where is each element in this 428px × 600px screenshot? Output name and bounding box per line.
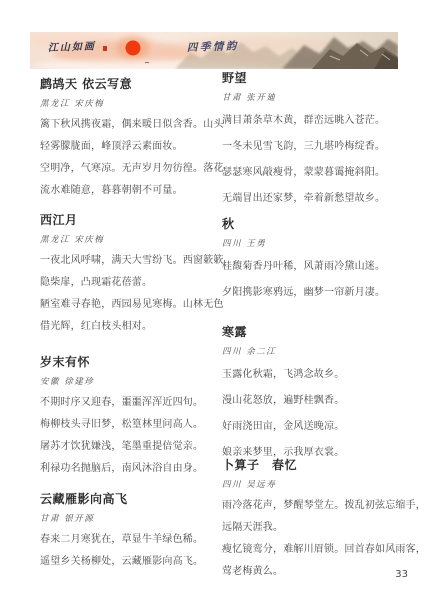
poem-title: 寒露 <box>222 325 404 339</box>
poem-line: 篱下秋风携夜霜，偶来暖日似含香。山头 <box>40 114 222 136</box>
poem-author: 四川 余二江 <box>222 345 404 357</box>
poem-suimo-youhuai: 岁末有怀 安徽 徐建珍 不期时序又迎春，噩噩浑浑近四旬。 梅柳枝头寻旧梦，松篁林… <box>40 355 222 480</box>
poem-qiu: 秋 四川 王勇 桂馥菊香丹叶稀，风萧雨冷黛山迷。 夕阳携影寒鸦远，幽梦一帘新月凄… <box>222 217 404 306</box>
poem-line: 玉露化秋霜，飞鸿念故乡。 <box>222 362 404 388</box>
poem-xijiangyue: 西江月 黑龙江 宋庆梅 一夜北风呼啸，满天大雪纷飞。西窗簌簌 隐柴扉，凸现霜花蓓… <box>40 213 222 338</box>
calligraphy-center: 四季情韵 <box>187 39 239 54</box>
poem-line: 雨冷落花声，梦醒琴堂左。拨乱初弦忘缩手， <box>222 495 404 517</box>
poem-line: 瑟瑟寒风敲瘦骨，蒙蒙暮霭掩斜阳。 <box>222 160 404 186</box>
poem-line: 莺老梅黄么。 <box>222 561 404 583</box>
poem-line: 无端冒出还家梦，牵着新愁望故乡。 <box>222 186 404 212</box>
poem-line: 不期时序又迎春，噩噩浑浑近四旬。 <box>40 392 222 414</box>
poem-line: 满目萧条草木黄，群峦远眺入苍茫。 <box>222 108 404 134</box>
poem-line: 陋室难寻春艳，西园易见寒梅。山林无色 <box>40 294 222 316</box>
landscape-painting: 江山如画 四季情韵 <box>30 32 398 69</box>
poem-title: 岁末有怀 <box>40 355 222 369</box>
poem-body: 满目萧条草木黄，群峦远眺入苍茫。 一冬未见雪飞韵，三九堪吟梅绽香。 瑟瑟寒风敲瘦… <box>222 108 404 212</box>
poem-zhegutian: 鹧鸪天 依云写意 黑龙江 宋庆梅 篱下秋风携夜霜，偶来暖日似含香。山头 轻雾朦胧… <box>40 77 222 202</box>
poem-line: 屠苏才饮犹嫌浅，笔墨重提倍觉亲。 <box>40 436 222 458</box>
header-painting-banner: 江山如画 四季情韵 <box>30 32 398 69</box>
poem-author: 四川 吴远寿 <box>222 478 404 490</box>
poem-author: 甘肃 银开源 <box>40 512 222 524</box>
poem-body: 桂馥菊香丹叶稀，风萧雨冷黛山迷。 夕阳携影寒鸦远，幽梦一帘新月凄。 <box>222 254 404 306</box>
poem-title: 鹧鸪天 依云写意 <box>40 77 222 91</box>
poem-line: 轻雾朦胧面，峰顶浮云素面妆。 <box>40 136 222 158</box>
poem-line: 遥望乡关杨柳处，云藏雁影向高飞。 <box>40 551 222 573</box>
poem-line: 好雨浇田亩，金风送晚凉。 <box>222 414 404 440</box>
poem-line: 春来二月寒犹在，草显牛羊绿色稀。 <box>40 529 222 551</box>
poem-line: 一冬未见雪飞韵，三九堪吟梅绽香。 <box>222 134 404 160</box>
poem-line: 隐柴扉，凸现霜花蓓蕾。 <box>40 272 222 294</box>
poem-title: 西江月 <box>40 213 222 227</box>
poem-author: 甘肃 张开廸 <box>222 91 404 103</box>
poem-body: 玉露化秋霜，飞鸿念故乡。 漫山花怒放，遍野桂飘香。 好雨浇田亩，金风送晚凉。 娘… <box>222 362 404 466</box>
poem-author: 黑龙江 宋庆梅 <box>40 233 222 245</box>
poem-author: 安徽 徐建珍 <box>40 375 222 387</box>
poem-line: 远隔天涯我。 <box>222 517 404 539</box>
poem-body: 一夜北风呼啸，满天大雪纷飞。西窗簌簌 隐柴扉，凸现霜花蓓蕾。 陋室难寻春艳，西园… <box>40 250 222 338</box>
poem-author: 黑龙江 宋庆梅 <box>40 97 222 109</box>
poem-busuanzi-chunyi: 卜算子 春忆 四川 吴远寿 雨冷落花声，梦醒琴堂左。拨乱初弦忘缩手， 远隔天涯我… <box>222 458 404 583</box>
magazine-page: 江山如画 四季情韵 鹧鸪天 依云写意 黑龙江 宋庆梅 篱下秋风携夜霜，偶来暖日似… <box>0 0 428 600</box>
poem-line: 瘦忆镜鸾分，难解川眉锁。回首春如风雨客， <box>222 539 404 561</box>
poem-line: 流水难随意，暮暮朝朝不可量。 <box>40 180 222 202</box>
poem-title: 秋 <box>222 217 404 231</box>
page-number: 33 <box>395 569 408 580</box>
poem-line: 梅柳枝头寻旧梦，松篁林里问高人。 <box>40 414 222 436</box>
poem-line: 利禄功名抛脑后，南风沐浴自由身。 <box>40 458 222 480</box>
poem-body: 不期时序又迎春，噩噩浑浑近四旬。 梅柳枝头寻旧梦，松篁林里问高人。 屠苏才饮犹嫌… <box>40 392 222 480</box>
poem-yewang: 野望 甘肃 张开廸 满目萧条草木黄，群峦远眺入苍茫。 一冬未见雪飞韵，三九堪吟梅… <box>222 71 404 212</box>
poem-body: 雨冷落花声，梦醒琴堂左。拨乱初弦忘缩手， 远隔天涯我。 瘦忆镜鸾分，难解川眉锁。… <box>222 495 404 583</box>
poem-line: 夕阳携影寒鸦远，幽梦一帘新月凄。 <box>222 280 404 306</box>
poem-line: 空明净，气寒凉。无声岁月勿彷徨。落花 <box>40 158 222 180</box>
poem-line: 借光辉，红白枝头相对。 <box>40 316 222 338</box>
seal-icon <box>103 46 107 51</box>
poem-hanlu: 寒露 四川 余二江 玉露化秋霜，飞鸿念故乡。 漫山花怒放，遍野桂飘香。 好雨浇田… <box>222 325 404 466</box>
poem-body: 春来二月寒犹在，草显牛羊绿色稀。 遥望乡关杨柳处，云藏雁影向高飞。 <box>40 529 222 573</box>
sun-icon <box>126 41 141 56</box>
poem-body: 篱下秋风携夜霜，偶来暖日似含香。山头 轻雾朦胧面，峰顶浮云素面妆。 空明净，气寒… <box>40 114 222 202</box>
poem-title: 野望 <box>222 71 404 85</box>
poem-author: 四川 王勇 <box>222 237 404 249</box>
poem-yuncang-yanying: 云藏雁影向高飞 甘肃 银开源 春来二月寒犹在，草显牛羊绿色稀。 遥望乡关杨柳处，… <box>40 492 222 573</box>
poem-title: 卜算子 春忆 <box>222 458 404 472</box>
calligraphy-left: 江山如画 <box>48 40 96 54</box>
poem-line: 漫山花怒放，遍野桂飘香。 <box>222 388 404 414</box>
poem-title: 云藏雁影向高飞 <box>40 492 222 506</box>
poem-line: 桂馥菊香丹叶稀，风萧雨冷黛山迷。 <box>222 254 404 280</box>
poem-line: 一夜北风呼啸，满天大雪纷飞。西窗簌簌 <box>40 250 222 272</box>
